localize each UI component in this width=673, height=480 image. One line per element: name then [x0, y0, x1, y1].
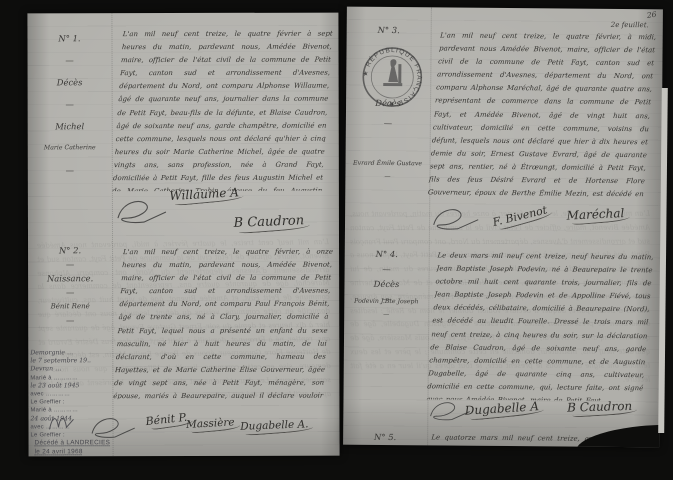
deceased-name: Podevin J.Bte Joseph [344, 295, 428, 309]
death-record-1-text: L'an mil neuf cent treize, le quatre fév… [112, 28, 333, 192]
record-number: N° 3. [349, 25, 429, 36]
margin-dash: — [30, 49, 110, 71]
marriage-stamp-line: avec ………… [30, 390, 116, 398]
margin-dash: — [30, 285, 110, 299]
record-type-label: Décès [30, 71, 110, 93]
marginal-note-line: Demorgnie … [30, 349, 116, 357]
margin-dash: — [30, 93, 110, 115]
margin-dash: — [30, 313, 110, 327]
margin-dash: — [30, 159, 110, 181]
mayor-signature-flourish [430, 203, 480, 233]
folio-label: 2e feuillet. [611, 21, 649, 29]
record-type-label: Décès [348, 93, 428, 114]
deceased-surname: Michel [30, 115, 110, 137]
witness-signature: Massière [186, 416, 235, 433]
witness-signature: B Caudron [233, 213, 304, 233]
record-1-margin: N° 1. — Décès — Michel Marie Catherine — [29, 27, 109, 181]
folio-number: 26 [647, 10, 658, 20]
record-type-label: Décès [346, 277, 426, 293]
marginal-note-line: le 7 septembre 19.. [30, 357, 116, 365]
witness-signature: B Caudron [567, 399, 632, 417]
record-5-margin: N° 5. — [345, 431, 425, 448]
death-record-3-text: L'an mil neuf cent treize, le quatre fév… [427, 29, 656, 201]
deceased-firstnames: Marie Catherine [30, 137, 110, 159]
record-number: N° 4. [347, 247, 427, 263]
witness-signature: Dugabelle A. [240, 418, 309, 435]
marginal-note-line: Devran … [30, 366, 116, 374]
register-right-page: L'an mil neuf cent treize, le quatre fév… [343, 7, 663, 448]
margin-dash: — [345, 443, 425, 448]
margin-dash: — [345, 170, 429, 184]
death-record-4-text: Le deux mars mil neuf cent treize, neuf … [426, 249, 654, 401]
deceased-name: Evrard Émile Gustave [345, 157, 429, 171]
margin-dash: — [348, 113, 428, 134]
record-4-name-margin: Podevin J.Bte Joseph — [344, 295, 428, 322]
clerk-initials-flourish [46, 411, 76, 433]
record-type-label: Naissance. [30, 271, 110, 285]
death-date-line: le 24 avril 1968 [35, 447, 185, 456]
birth-record-2-text: L'an mil neuf cent treize, le quatre fév… [113, 246, 333, 400]
witness-signature: Maréchal [566, 206, 624, 225]
record-3-name-margin: Evrard Émile Gustave — [345, 157, 429, 184]
margin-dash: — [30, 257, 110, 271]
record-3-margin: Décès — [348, 93, 428, 134]
margin-dash: — [344, 308, 428, 322]
marriage-stamp-line: Marié à ………… [30, 374, 116, 382]
margin-dash: — [347, 262, 427, 278]
greffier-stamp-line: Le Greffier : [30, 398, 116, 406]
record-number: N° 5. [345, 431, 425, 444]
record-number: N° 1. [29, 27, 109, 49]
child-name: Bénit René [30, 299, 110, 313]
register-left-page: L'an mil neuf cent treize, le quatre fév… [27, 13, 339, 457]
record-2-margin: N° 2. — Naissance. — Bénit René — [30, 243, 110, 327]
mayor-signature-flourish [114, 195, 168, 227]
mayor-signature-flourish [88, 413, 136, 441]
record-number: N° 2. [30, 243, 110, 257]
marriage-date-line: le 23 août 1945 [30, 382, 116, 390]
witness-signature: Willaume A [169, 185, 239, 205]
